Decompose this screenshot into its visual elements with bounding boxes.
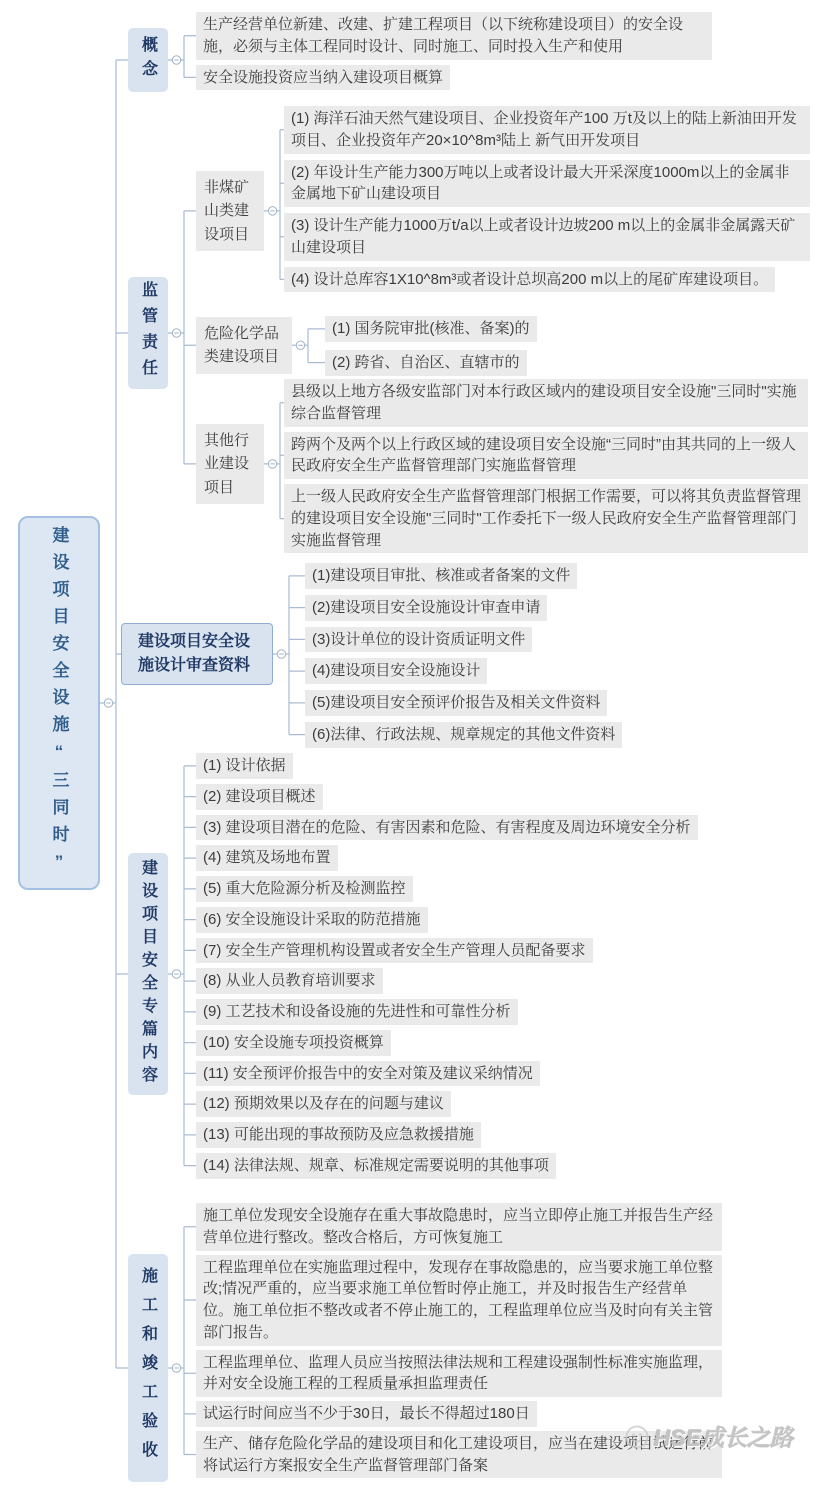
- connector-line: [264, 130, 284, 280]
- collapse-toggle[interactable]: [172, 329, 180, 337]
- collapse-toggle[interactable]: [268, 207, 276, 215]
- collapse-toggle[interactable]: [172, 56, 180, 64]
- leaf-chapter-5[interactable]: (5) 重大危险源分析及检测监控: [196, 876, 413, 902]
- subbranch-label-non-coal-mine[interactable]: 非煤矿山类建设项目: [196, 171, 264, 251]
- collapse-toggle[interactable]: [296, 341, 304, 349]
- watermark-logo-icon: [624, 1424, 650, 1450]
- other-industry-items: 县级以上地方各级安监部门对本行政区域内的建设项目安全设施"三同时"实施综合监督管…: [284, 379, 808, 553]
- connector-line: [264, 403, 284, 519]
- connector-line: [100, 60, 128, 1368]
- leaf-other-1[interactable]: 县级以上地方各级安监部门对本行政区域内的建设项目安全设施"三同时"实施综合监督管…: [284, 379, 808, 427]
- subbranch-label-other-industry[interactable]: 其他行业建设项目: [196, 424, 264, 504]
- root-node[interactable]: 建设项目安全设施“三同时”: [18, 516, 100, 890]
- branch-label-supervision[interactable]: 监管责任: [128, 277, 168, 389]
- leaf-chapter-2[interactable]: (2) 建设项目概述: [196, 784, 323, 810]
- leaf-chapter-10[interactable]: (10) 安全设施专项投资概算: [196, 1030, 391, 1056]
- branch-label-design-review[interactable]: 建设项目安全设施设计审查资料: [121, 623, 273, 685]
- connector-line: [273, 576, 305, 735]
- collapse-toggle[interactable]: [277, 650, 285, 658]
- leaf-concept-1[interactable]: 生产经营单位新建、改建、扩建工程项目（以下统称建设项目）的安全设施，必须与主体工…: [196, 12, 712, 60]
- leaf-chapter-6[interactable]: (6) 安全设施设计采取的防范措施: [196, 907, 428, 933]
- hazchem-items: (1) 国务院审批(核准、备案)的 (2) 跨省、自治区、直辖市的: [325, 316, 537, 376]
- leaf-concept-2[interactable]: 安全设施投资应当纳入建设项目概算: [196, 65, 450, 91]
- leaf-review-4[interactable]: (4)建设项目安全设施设计: [305, 658, 487, 684]
- branch-label-design-review-text: 建设项目安全设施设计审查资料: [138, 630, 256, 678]
- leaf-hazchem-2[interactable]: (2) 跨省、自治区、直辖市的: [325, 350, 527, 376]
- leaf-constr-3[interactable]: 工程监理单位、监理人员应当按照法律法规和工程建设强制性标准实施监理，并对安全设施…: [196, 1350, 722, 1398]
- connector-line: [168, 211, 196, 464]
- leaf-chapter-11[interactable]: (11) 安全预评价报告中的安全对策及建议采纳情况: [196, 1061, 540, 1087]
- connector-line: [168, 1227, 196, 1455]
- mindmap-canvas: 建设项目安全设施“三同时” 概念 生产经营单位新建、改建、扩建工程项目（以下统称…: [0, 0, 818, 1497]
- leaf-chapter-3[interactable]: (3) 建设项目潜在的危险、有害因素和危险、有害程度及周边环境安全分析: [196, 815, 698, 841]
- leaf-chapter-4[interactable]: (4) 建筑及场地布置: [196, 845, 338, 871]
- leaf-review-1[interactable]: (1)建设项目审批、核准或者备案的文件: [305, 563, 577, 589]
- leaf-noncoal-2[interactable]: (2) 年设计生产能力300万吨以上或者设计最大开采深度1000m以上的金属非金…: [284, 160, 810, 208]
- leaf-review-2[interactable]: (2)建设项目安全设施设计审查申请: [305, 595, 547, 621]
- leaf-chapter-14[interactable]: (14) 法律法规、规章、标准规定需要说明的其他事项: [196, 1153, 556, 1179]
- watermark-text: HSE成长之路: [654, 1420, 793, 1453]
- leaf-chapter-8[interactable]: (8) 从业人员教育培训要求: [196, 968, 383, 994]
- leaf-chapter-13[interactable]: (13) 可能出现的事故预防及应急救援措施: [196, 1122, 481, 1148]
- leaf-constr-2[interactable]: 工程监理单位在实施监理过程中，发现存在事故隐患的，应当要求施工单位整改;情况严重…: [196, 1255, 722, 1346]
- collapse-toggle[interactable]: [104, 699, 112, 707]
- branch-label-concept[interactable]: 概念: [128, 28, 168, 92]
- leaf-review-3[interactable]: (3)设计单位的设计资质证明文件: [305, 627, 532, 653]
- connector-line: [168, 766, 196, 1166]
- branch-label-special-chapter[interactable]: 建设项目安全专篇内容: [128, 853, 168, 1095]
- leaf-chapter-12[interactable]: (12) 预期效果以及存在的问题与建议: [196, 1091, 451, 1117]
- leaf-chapter-7[interactable]: (7) 安全生产管理机构设置或者安全生产管理人员配备要求: [196, 938, 593, 964]
- leaf-noncoal-3[interactable]: (3) 设计生产能力1000万t/a以上或者设计边坡200 m以上的金属非金属露…: [284, 213, 810, 261]
- watermark: HSE成长之路: [624, 1420, 793, 1453]
- leaf-chapter-1[interactable]: (1) 设计依据: [196, 753, 293, 779]
- leaf-constr-1[interactable]: 施工单位发现安全设施存在重大事故隐患时，应当立即停止施工并报告生产经营单位进行整…: [196, 1203, 722, 1251]
- leaf-other-3[interactable]: 上一级人民政府安全生产监督管理部门根据工作需要，可以将其负责监督管理的建设项目安…: [284, 484, 808, 553]
- connector-line: [292, 329, 325, 363]
- leaf-hazchem-1[interactable]: (1) 国务院审批(核准、备案)的: [325, 316, 537, 342]
- leaf-other-2[interactable]: 跨两个及两个以上行政区域的建设项目安全设施“三同时”由其共同的上一级人民政府安全…: [284, 432, 808, 480]
- branch-label-construction-acceptance[interactable]: 施工和竣工验收: [128, 1254, 168, 1482]
- leaf-chapter-9[interactable]: (9) 工艺技术和设备设施的先进性和可靠性分析: [196, 999, 518, 1025]
- collapse-toggle[interactable]: [172, 1364, 180, 1372]
- collapse-toggle[interactable]: [268, 460, 276, 468]
- collapse-toggle[interactable]: [172, 970, 180, 978]
- special-chapter-items: (1) 设计依据 (2) 建设项目概述 (3) 建设项目潜在的危险、有害因素和危…: [196, 753, 716, 1179]
- leaf-review-5[interactable]: (5)建设项目安全预评价报告及相关文件资料: [305, 690, 607, 716]
- non-coal-mine-items: (1) 海洋石油天然气建设项目、企业投资年产100 万t及以上的陆上新油田开发项…: [284, 106, 810, 292]
- leaf-review-6[interactable]: (6)法律、行政法规、规章规定的其他文件资料: [305, 722, 622, 748]
- connector-line: [168, 36, 196, 78]
- leaf-constr-4[interactable]: 试运行时间应当不少于30日，最长不得超过180日: [196, 1401, 537, 1427]
- design-review-items: (1)建设项目审批、核准或者备案的文件 (2)建设项目安全设施设计审查申请 (3…: [305, 563, 622, 748]
- leaf-noncoal-4[interactable]: (4) 设计总库容1X10^8m³或者设计总坝高200 m以上的尾矿库建设项目。: [284, 267, 775, 293]
- leaf-noncoal-1[interactable]: (1) 海洋石油天然气建设项目、企业投资年产100 万t及以上的陆上新油田开发项…: [284, 106, 810, 154]
- concept-items: 生产经营单位新建、改建、扩建工程项目（以下统称建设项目）的安全设施，必须与主体工…: [196, 12, 712, 90]
- subbranch-label-hazchem[interactable]: 危险化学品类建设项目: [196, 317, 292, 374]
